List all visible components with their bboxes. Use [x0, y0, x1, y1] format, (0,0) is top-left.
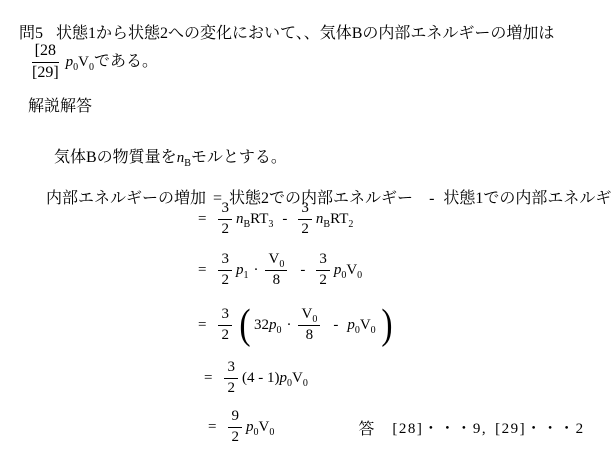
- p1-term: p1: [236, 262, 249, 279]
- blank-29: [29]: [29, 63, 62, 82]
- answer-blank-29: [29]・・・2: [495, 417, 585, 438]
- minus-sign: -: [333, 317, 338, 334]
- equals-sign: =: [198, 262, 206, 279]
- minus-sign: -: [282, 211, 287, 228]
- fraction-V0-8: V0 8: [298, 306, 320, 344]
- multiplication-dot: ·: [286, 317, 291, 334]
- fraction-3-2: 3 2: [224, 359, 238, 397]
- var-V: V: [78, 54, 89, 70]
- energy-term2: 状態1での内部エネルギー: [443, 190, 613, 207]
- energy-lhs: 内部エネルギーの増加: [46, 190, 206, 207]
- paren-4-minus-1: (4 - 1): [242, 370, 280, 387]
- equals-sign: =: [198, 211, 206, 228]
- equation-step-5: = 9 2 p0V0 答 [28]・・・9, [29]・・・2: [208, 405, 585, 449]
- p0V0-term: p0V0: [347, 317, 375, 334]
- minus-sign: -: [429, 190, 434, 207]
- p0V0-term: p0V0: [334, 262, 362, 279]
- solution-document-page: 問5状態1から状態2への変化において、、気体Bの内部エネルギーの増加は [28 …: [0, 0, 613, 453]
- p0V0-term: p0V0である。: [66, 52, 158, 71]
- blank-28: [28: [32, 42, 59, 62]
- problem-result-expression: [28 [29] p0V0である。: [27, 36, 158, 88]
- nB-RT2-term: nBRT2: [316, 211, 353, 228]
- equals-sign: =: [208, 419, 216, 436]
- result-suffix: である。: [94, 53, 158, 70]
- minus-sign: -: [300, 262, 305, 279]
- solution-heading: 解説解答: [28, 97, 92, 116]
- nB-term: nB: [177, 149, 191, 167]
- equation-step-3: = 3 2 ( 32p0 · V0 8 - p0V0 ): [198, 298, 394, 352]
- equals-sign: =: [198, 317, 206, 334]
- assumption-pre: 気体Bの物質量を: [54, 149, 177, 166]
- fraction-3-2: 3 2: [218, 200, 232, 238]
- answer-label: 答: [358, 416, 374, 439]
- equals-sign: =: [204, 370, 212, 387]
- equation-step-1: = 3 2 nBRT3 - 3 2 nBRT2: [198, 197, 353, 241]
- answer-blank-28: [28]・・・9,: [392, 417, 487, 438]
- p0V0-term: p0V0: [279, 370, 307, 387]
- fraction-3-2: 3 2: [316, 251, 330, 289]
- fraction-9-2: 9 2: [228, 408, 242, 446]
- fraction-3-2: 3 2: [218, 251, 232, 289]
- blank-fraction: [28 [29]: [29, 42, 62, 82]
- equation-step-2: = 3 2 p1 · V0 8 - 3 2 p0V0: [198, 246, 362, 294]
- multiplication-dot: ·: [253, 262, 258, 279]
- 32p0-term: 32p0: [254, 317, 282, 334]
- nB-RT3-term: nBRT3: [236, 211, 273, 228]
- equation-step-4: = 3 2 (4 - 1) p0V0: [204, 356, 308, 400]
- fraction-V0-8: V0 8: [265, 251, 287, 289]
- p0V0-term: p0V0: [246, 419, 274, 436]
- fraction-3-2: 3 2: [218, 306, 232, 344]
- fraction-3-2: 3 2: [298, 200, 312, 238]
- assumption-post: モルとする。: [191, 149, 287, 166]
